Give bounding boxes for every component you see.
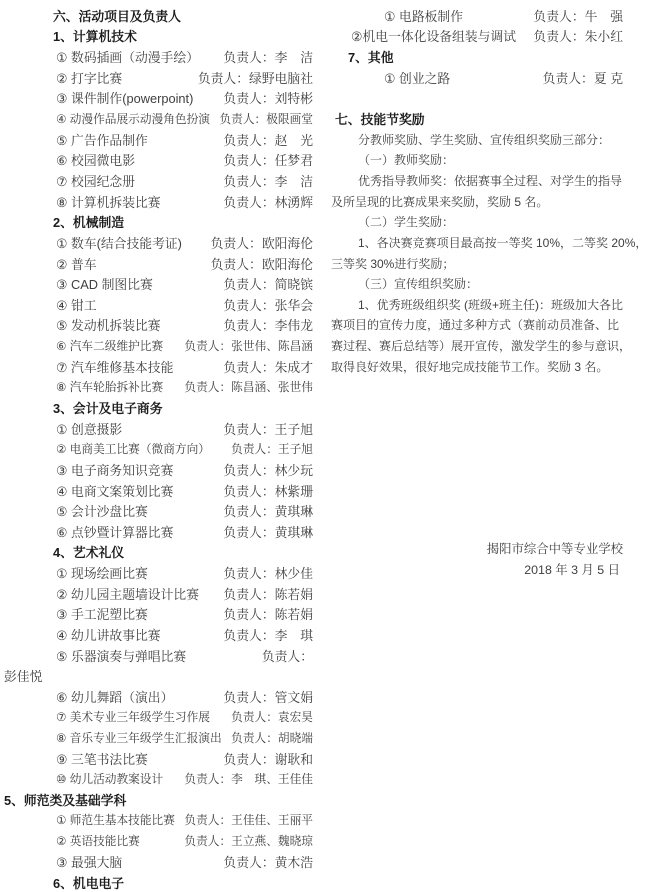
doc-line: ⑧ 汽车轮胎拆补比赛 负责人：陈昌涵、张世伟	[3, 377, 313, 398]
line-text: ③ 电子商务知识竞赛	[56, 460, 173, 479]
doc-line: ③ 手工泥塑比赛 负责人：陈若娟	[3, 604, 313, 625]
line-text: ① 电路板制作	[384, 6, 463, 25]
line-person: 负责人：王子旭	[223, 419, 313, 438]
line-person: 负责人：林紫珊	[223, 481, 313, 500]
line-text: ③ 最强大脑	[56, 852, 122, 871]
line-person: 负责人：李 洁	[223, 47, 313, 66]
line-text: 赛项目的宣传力度，通过多种方式（赛前动员准备、比	[331, 316, 619, 333]
line-person: 负责人：管文娟	[223, 687, 313, 706]
line-text: ⑤ 广告作品制作	[56, 130, 148, 149]
doc-line: ⑤ 会计沙盘比赛 负责人：黄琪琳	[3, 500, 313, 521]
line-text: ① 数车(结合技能考证)	[56, 233, 182, 252]
doc-line: ① 创意摄影 负责人：王子旭	[3, 418, 313, 439]
line-text: ⑦ 汽车维修基本技能	[56, 357, 173, 376]
line-person: 负责人：夏 克	[543, 68, 623, 87]
line-text: ① 现场绘画比赛	[56, 563, 148, 582]
doc-line: ⑦ 校园纪念册 负责人：李 洁	[3, 170, 313, 191]
doc-line: 优秀指导教师奖：依据赛事全过程、对学生的指导	[331, 170, 623, 191]
doc-line: （二）学生奖励：	[331, 211, 623, 232]
doc-line: 7、其他	[331, 46, 623, 67]
line-text: ④ 钳工	[56, 295, 97, 314]
line-text: ⑥ 点钞暨计算器比赛	[56, 522, 173, 541]
line-text: 6、机电电子	[53, 873, 124, 892]
doc-line: ④ 动漫作品展示动漫角色扮演 负责人：极限画堂	[3, 108, 313, 129]
line-text: ⑧ 音乐专业三年级学生汇报演出	[56, 730, 222, 746]
doc-line: ⑥ 点钞暨计算器比赛 负责人：黄琪琳	[3, 521, 313, 542]
doc-line: ③ 课件制作(powerpoint) 负责人：刘特彬	[3, 88, 313, 109]
line-person: 负责人：李伟龙	[223, 315, 313, 334]
line-text: 优秀指导教师奖：依据赛事全过程、对学生的指导	[358, 172, 622, 189]
line-text: ② 普车	[56, 254, 97, 273]
line-text: ⑥ 幼儿舞蹈（演出）	[56, 687, 173, 706]
line-text: ④ 幼儿讲故事比赛	[56, 625, 161, 644]
line-text: 分教师奖励、学生奖励、宣传组织奖励三部分：	[358, 131, 610, 148]
line-text: ⑥ 汽车二级维护比赛	[56, 338, 163, 354]
line-text: ① 创业之路	[384, 68, 450, 87]
line-text: ② 电商美工比赛（微商方向）	[56, 441, 210, 457]
doc-line: ① 电路板制作 负责人：牛 强	[331, 5, 623, 26]
line-person: 负责人：黄琪琳	[223, 522, 313, 541]
doc-line: ② 打字比赛 负责人：绿野电脑社	[3, 67, 313, 88]
doc-line: 取得良好效果，很好地完成技能节工作。奖励 3 名。	[331, 356, 623, 377]
line-text: 5、师范类及基础学科	[4, 790, 126, 809]
doc-line: （一）教师奖励：	[331, 149, 623, 170]
line-person: 负责人：陈昌涵、张世伟	[184, 379, 313, 395]
line-text: ⑦ 美术专业三年级学生习作展	[56, 709, 210, 725]
line-text: ① 数码插画（动漫手绘）	[56, 47, 199, 66]
line-text: ① 创意摄影	[56, 419, 122, 438]
line-person: 负责人：林少佳	[223, 563, 313, 582]
line-person: 负责人：简晓镔	[223, 274, 313, 293]
doc-line: ④ 钳工 负责人：张华会	[3, 294, 313, 315]
doc-line: ⑤ 乐器演奏与弹唱比赛 负责人：	[3, 645, 313, 666]
line-text: （二）学生奖励：	[358, 213, 454, 230]
line-text: （三）宣传组织奖励：	[358, 275, 478, 292]
doc-line: ① 数车(结合技能考证) 负责人：欧阳海伦	[3, 232, 313, 253]
line-person: 负责人：极限画堂	[219, 111, 313, 127]
line-person: 负责人：赵 光	[223, 130, 313, 149]
doc-line: （三）宣传组织奖励：	[331, 273, 623, 294]
doc-line: 5、师范类及基础学科	[3, 789, 313, 810]
doc-line: 彭佳悦	[3, 666, 313, 687]
doc-line: ⑦ 美术专业三年级学生习作展 负责人：袁宏昊	[3, 707, 313, 728]
line-text: ③ CAD 制图比赛	[56, 274, 153, 293]
doc-line: ① 创业之路 负责人：夏 克	[331, 67, 623, 88]
doc-line: ⑩ 幼儿活动教案设计 负责人：李 琪、王佳佳	[3, 769, 313, 790]
line-text: ⑧ 计算机拆装比赛	[56, 192, 161, 211]
doc-line: ⑤ 广告作品制作 负责人：赵 光	[3, 129, 313, 150]
document-page: 六、活动项目及负责人 1、计算机技术 ① 数码插画（动漫手绘） 负责人：李 洁 …	[0, 0, 663, 892]
line-person: 负责人：黄木浩	[223, 852, 313, 871]
line-text: 赛过程、赛后总结等）展开宣传，激发学生的参与意识，	[331, 337, 631, 354]
line-person: 负责人：陈若娟	[223, 604, 313, 623]
line-text: ② 英语技能比赛	[56, 833, 140, 849]
doc-line: 七、技能节奖励	[331, 108, 623, 129]
line-text: ④ 动漫作品展示动漫角色扮演	[56, 111, 210, 127]
line-text: 4、艺术礼仪	[53, 542, 124, 561]
doc-line: 赛项目的宣传力度，通过多种方式（赛前动员准备、比	[331, 315, 623, 336]
line-text: ② 打字比赛	[56, 68, 122, 87]
line-text: 7、其他	[348, 47, 394, 66]
doc-line: ④ 电商文案策划比赛 负责人：林紫珊	[3, 480, 313, 501]
doc-line: ② 电商美工比赛（微商方向） 负责人：王子旭	[3, 438, 313, 459]
doc-line: ⑤ 发动机拆装比赛 负责人：李伟龙	[3, 315, 313, 336]
doc-line: 及所呈现的比赛成果来奖励，奖励 5 名。	[331, 191, 623, 212]
line-text: ⑤ 乐器演奏与弹唱比赛	[56, 646, 186, 665]
line-person: 负责人：林少玩	[223, 460, 313, 479]
signature-school: 揭阳市综合中等专业学校	[331, 538, 623, 559]
line-person: 负责人：欧阳海伦	[211, 254, 313, 273]
doc-line: ② 幼儿园主题墙设计比赛 负责人：陈若娟	[3, 583, 313, 604]
doc-line: 1、各决赛竞赛项目最高按一等奖 10%，二等奖 20%，	[331, 232, 623, 253]
doc-line: ⑦ 汽车维修基本技能 负责人：朱成才	[3, 356, 313, 377]
line-person: 负责人：任梦君	[223, 150, 313, 169]
doc-line: ② 英语技能比赛 负责人：王立燕、魏晓琼	[3, 831, 313, 852]
line-person: 负责人：谢耿和	[223, 749, 313, 768]
doc-line: ③ 电子商务知识竞赛 负责人：林少玩	[3, 459, 313, 480]
line-text: ③ 手工泥塑比赛	[56, 604, 148, 623]
line-person: 负责人：王立燕、魏晓琼	[184, 833, 313, 849]
line-text: 三等奖 30%进行奖励；	[331, 255, 454, 272]
line-text: ② 幼儿园主题墙设计比赛	[56, 584, 199, 603]
doc-line: ⑨ 三笔书法比赛 负责人：谢耿和	[3, 748, 313, 769]
line-text: ⑧ 汽车轮胎拆补比赛	[56, 379, 163, 395]
signature-date: 2018 年 3 月 5 日	[331, 559, 623, 580]
line-text: 1、优秀班级组织奖 (班级+班主任)：班级加大各比	[358, 296, 623, 313]
doc-line: ③ 最强大脑 负责人：黄木浩	[3, 851, 313, 872]
line-text: ⑨ 三笔书法比赛	[56, 749, 148, 768]
doc-line: ③ CAD 制图比赛 负责人：简晓镔	[3, 273, 313, 294]
line-text: 七、技能节奖励	[335, 109, 425, 128]
line-person: 负责人：绿野电脑社	[198, 68, 313, 87]
line-text: ⑤ 发动机拆装比赛	[56, 315, 161, 334]
doc-line: ②机电一体化设备组装与调试 负责人：朱小红	[331, 26, 623, 47]
line-text: 3、会计及电子商务	[53, 398, 163, 417]
line-text: 1、计算机技术	[53, 26, 137, 45]
doc-line: ① 现场绘画比赛 负责人：林少佳	[3, 562, 313, 583]
doc-line: 赛过程、赛后总结等）展开宣传，激发学生的参与意识，	[331, 335, 623, 356]
line-text: 六、活动项目及负责人	[53, 6, 181, 25]
line-text: 取得良好效果，很好地完成技能节工作。奖励 3 名。	[331, 358, 608, 375]
doc-line: 1、计算机技术	[3, 26, 313, 47]
line-person: 负责人：张华会	[223, 295, 313, 314]
line-text: ⑦ 校园纪念册	[56, 171, 135, 190]
line-text: ⑤ 会计沙盘比赛	[56, 501, 148, 520]
line-text: ④ 电商文案策划比赛	[56, 481, 173, 500]
doc-line: 六、活动项目及负责人	[3, 5, 313, 26]
line-text: ③ 课件制作(powerpoint)	[56, 88, 193, 107]
doc-line: ⑧ 音乐专业三年级学生汇报演出 负责人：胡晓端	[3, 727, 313, 748]
line-person: 负责人：	[262, 646, 313, 665]
line-person: 负责人：王佳佳、王丽平	[184, 812, 313, 828]
line-text: ②机电一体化设备组装与调试	[351, 26, 516, 45]
signature-block: 揭阳市综合中等专业学校 2018 年 3 月 5 日	[331, 538, 623, 579]
line-text: 及所呈现的比赛成果来奖励，奖励 5 名。	[331, 193, 548, 210]
doc-line: ⑥ 幼儿舞蹈（演出） 负责人：管文娟	[3, 686, 313, 707]
line-person: 负责人：胡晓端	[231, 730, 313, 746]
doc-line: ④ 幼儿讲故事比赛 负责人：李 琪	[3, 624, 313, 645]
line-person: 负责人：张世伟、陈昌涵	[184, 338, 313, 354]
doc-line: 三等奖 30%进行奖励；	[331, 253, 623, 274]
line-person: 负责人：王子旭	[231, 441, 313, 457]
doc-line: 6、机电电子	[3, 872, 313, 892]
right-column: ① 电路板制作 负责人：牛 强 ②机电一体化设备组装与调试 负责人：朱小红 7、…	[331, 5, 623, 377]
line-text: ⑩ 幼儿活动教案设计	[56, 771, 163, 787]
doc-line: ② 普车 负责人：欧阳海伦	[3, 253, 313, 274]
line-person: 负责人：牛 强	[533, 6, 623, 25]
line-person: 负责人：刘特彬	[223, 88, 313, 107]
line-text: 彭佳悦	[4, 666, 42, 685]
line-person: 负责人：朱成才	[223, 357, 313, 376]
line-person: 负责人：李 洁	[223, 171, 313, 190]
doc-line: 3、会计及电子商务	[3, 397, 313, 418]
doc-line: ⑧ 计算机拆装比赛 负责人：林湧辉	[3, 191, 313, 212]
line-person: 负责人：袁宏昊	[231, 709, 313, 725]
doc-line: 2、机械制造	[3, 211, 313, 232]
line-text: ⑥ 校园微电影	[56, 150, 135, 169]
line-person: 负责人：李 琪	[223, 625, 313, 644]
line-text: 1、各决赛竞赛项目最高按一等奖 10%，二等奖 20%，	[358, 234, 647, 251]
line-person: 负责人：陈若娟	[223, 584, 313, 603]
line-text: ① 师范生基本技能比赛	[56, 812, 175, 828]
doc-line: ⑥ 汽车二级维护比赛 负责人：张世伟、陈昌涵	[3, 335, 313, 356]
line-text: 2、机械制造	[53, 212, 124, 231]
line-text: （一）教师奖励：	[358, 151, 454, 168]
doc-line: 4、艺术礼仪	[3, 542, 313, 563]
line-person: 负责人：李 琪、王佳佳	[184, 771, 313, 787]
line-person: 负责人：朱小红	[533, 26, 623, 45]
doc-line: ① 师范生基本技能比赛 负责人：王佳佳、王丽平	[3, 810, 313, 831]
left-column: 六、活动项目及负责人 1、计算机技术 ① 数码插画（动漫手绘） 负责人：李 洁 …	[3, 5, 313, 892]
doc-line: ⑥ 校园微电影 负责人：任梦君	[3, 149, 313, 170]
line-person: 负责人：林湧辉	[223, 192, 313, 211]
doc-line: 1、优秀班级组织奖 (班级+班主任)：班级加大各比	[331, 294, 623, 315]
doc-line: ① 数码插画（动漫手绘） 负责人：李 洁	[3, 46, 313, 67]
line-person: 负责人：黄琪琳	[223, 501, 313, 520]
line-person: 负责人：欧阳海伦	[211, 233, 313, 252]
doc-line: 分教师奖励、学生奖励、宣传组织奖励三部分：	[331, 129, 623, 150]
